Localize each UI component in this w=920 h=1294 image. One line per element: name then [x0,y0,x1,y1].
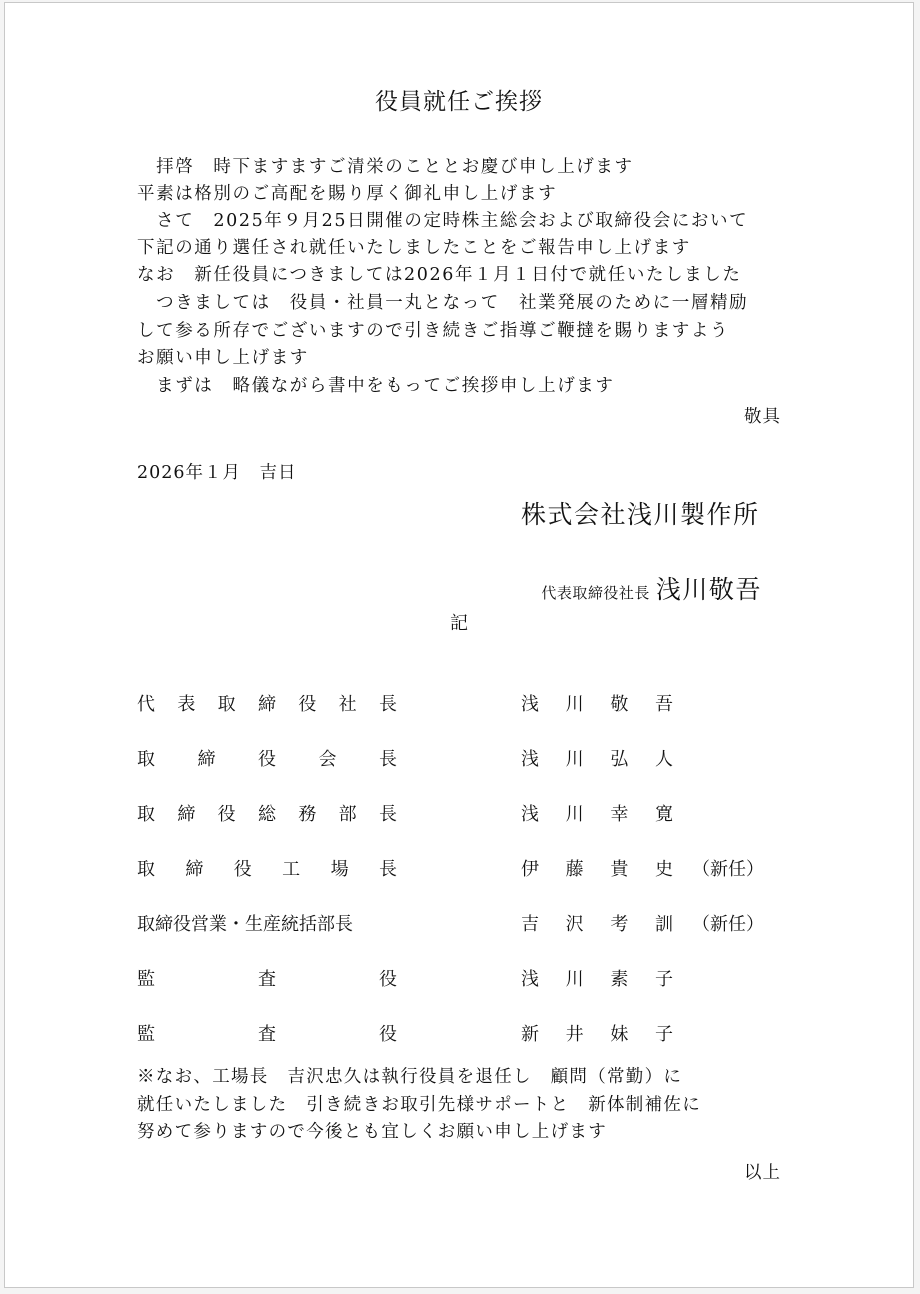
note-line: 努めて参りますので今後とも宜しくお願い申し上げます [137,1118,607,1143]
officer-name: 浅川素子 [521,965,673,991]
officer-name: 吉沢考訓 [521,910,673,936]
officer-title: 取締役工場長 [137,855,397,881]
officer-title: 監査役 [137,1020,397,1046]
body-line: まずは 略儀ながら書中をもってご挨拶申し上げます [137,376,615,396]
officer-row: 取締役工場長伊藤貴史（新任） [137,855,397,881]
representative-name: 浅川敬吾 [656,575,762,604]
officer-title: 監査役 [137,965,397,991]
body-line: して参る所存でございますので引き続きご指導ご鞭撻を賜りますよう [137,321,729,341]
officer-name: 浅川幸寛 [521,800,673,826]
officer-row: 代表取締役社長浅川敬吾 [137,690,397,716]
note-line: 就任いたしました 引き続きお取引先様サポートと 新体制補佐に [137,1091,701,1116]
officer-row: 監査役新井妹子 [137,1020,397,1046]
body-line: 平素は格別のご高配を賜り厚く御礼申し上げます [137,184,557,204]
document-title: 役員就任ご挨拶 [5,83,913,116]
officer-name: 伊藤貴史 [521,855,673,881]
body-line: さて 2025年９月25日開催の定時株主総会および取締役会において [137,211,748,231]
body-line: 下記の通り選任され就任いたしましたことをご報告申し上げます [137,238,691,258]
officer-name: 浅川弘人 [521,745,673,771]
new-appointment-badge: （新任） [692,855,764,881]
closing-keigu: 敬具 [744,403,781,428]
officer-row: 取締役営業・生産統括部長吉沢考訓（新任） [137,910,397,936]
company-name: 株式会社浅川製作所 [521,495,760,531]
representative-title: 代表取締役社長 [541,584,650,602]
document-page: 役員就任ご挨拶 拝啓 時下ますますご清栄のこととお慶び申し上げます 平素は格別の… [4,2,914,1288]
officer-title: 取締役営業・生産統括部長 [137,910,397,936]
officer-title: 取締役総務部長 [137,800,397,826]
body-line: なお 新任役員につきましては2026年１月１日付で就任いたしました [137,265,741,285]
new-appointment-badge: （新任） [692,910,764,936]
officer-name: 浅川敬吾 [521,690,673,716]
officer-row: 取締役会長浅川弘人 [137,745,397,771]
ki-heading: 記 [5,609,913,635]
officer-name: 新井妹子 [521,1020,673,1046]
officer-title: 取締役会長 [137,745,397,771]
body-line: お願い申し上げます [137,348,309,368]
issue-date: 2026年１月 吉日 [137,459,297,484]
officer-row: 監査役浅川素子 [137,965,397,991]
note-line: ※なお、工場長 吉沢忠久は執行役員を退任し 顧問（常勤）に [137,1063,682,1088]
officer-row: 取締役総務部長浅川幸寛 [137,800,397,826]
end-mark-ijou: 以上 [744,1159,781,1184]
officer-title: 代表取締役社長 [137,690,397,716]
body-line: 拝啓 時下ますますご清栄のこととお慶び申し上げます [137,157,634,177]
body-line: つきましては 役員・社員一丸となって 社業発展のために一層精励 [137,293,748,313]
